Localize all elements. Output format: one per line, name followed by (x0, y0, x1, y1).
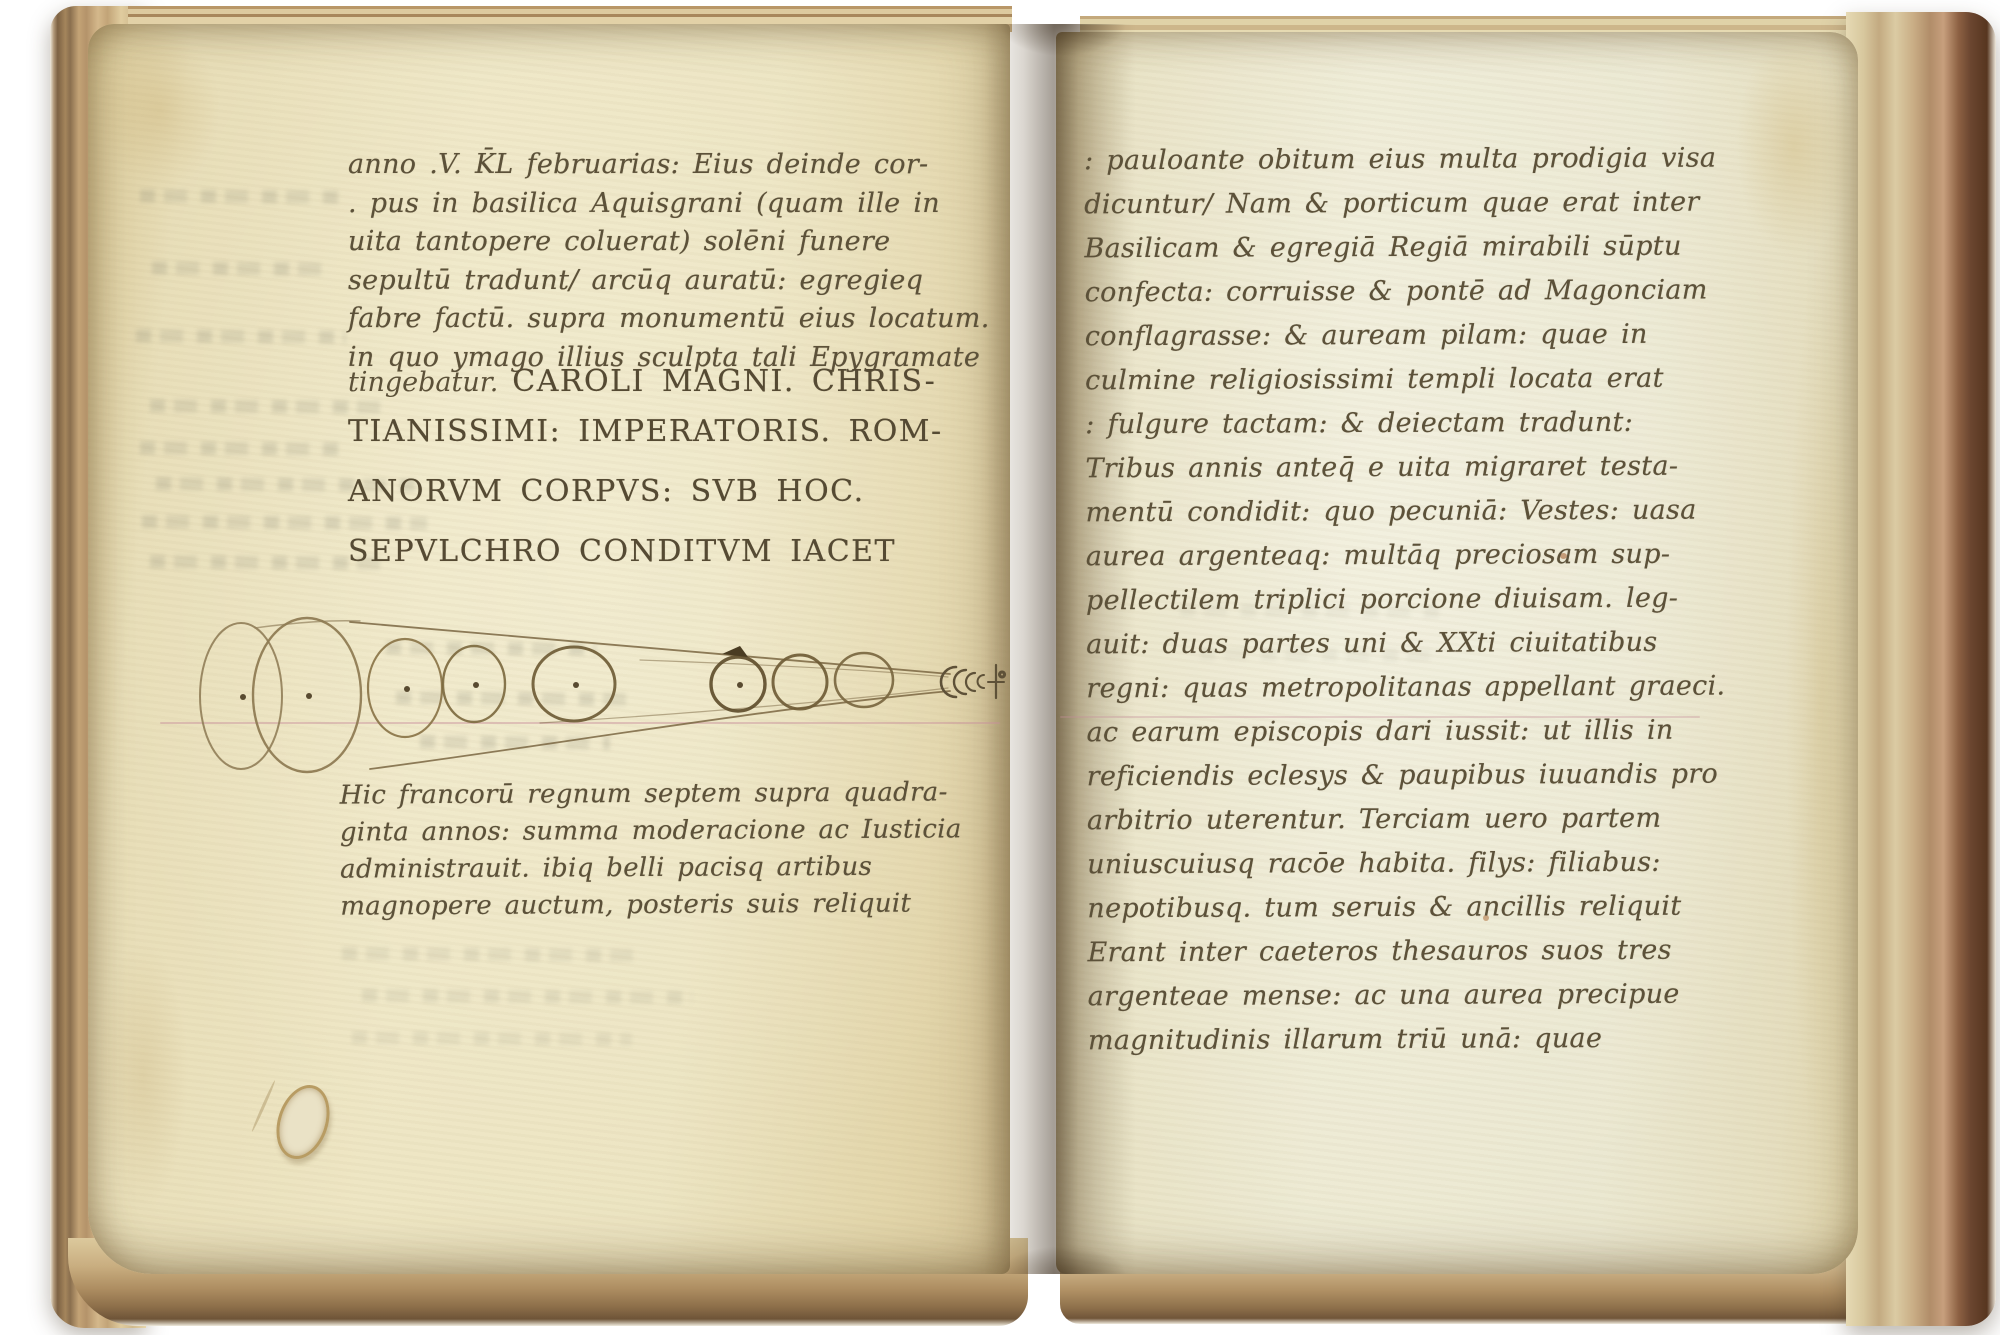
manuscript-line: ac earum episcopis dari iussit: ut illis… (1086, 709, 1672, 756)
left-page-upper-paragraph: anno .V. K̄L februarias: Eius deinde cor… (348, 146, 948, 377)
manuscript-line: magnitudinis illarum triū unā: quae (1088, 1017, 1674, 1064)
manuscript-line: tingebatur.CAROLI MAGNI. CHRIS- (348, 364, 936, 399)
right-leaf-edges-and-cover (1846, 12, 1996, 1326)
manuscript-line: mentū condidit: quo pecuniā: Vestes: uas… (1086, 489, 1672, 536)
bleed-through-text (136, 329, 346, 343)
cone-diagram-svg (140, 590, 1020, 800)
eye-marker (978, 675, 985, 688)
manuscript-line: uita tantopere coluerat) solēni funere (348, 223, 948, 262)
circle-center-dot (404, 686, 410, 692)
eye-marker (966, 673, 975, 691)
tangent-line (540, 688, 948, 723)
manuscript-line: argenteae mense: ac una aurea precipue (1088, 973, 1674, 1020)
manuscript-line: sepultū tradunt/ arcūq auratū: egregieq (348, 262, 948, 301)
manuscript-line: magnopere auctum, posteris suis reliquit (340, 885, 940, 925)
manuscript-line: : fulgure tactam: & deiectam tradunt: (1085, 401, 1671, 448)
tangent-line (350, 622, 950, 674)
manuscript-line: pellectilem triplici porcione diuisam. l… (1086, 577, 1672, 624)
cone-diagram (140, 590, 1020, 800)
circle-center-dot (737, 682, 743, 688)
manuscript-line: dicuntur/ Nam & porticum quae erat inter (1084, 181, 1670, 228)
manuscript-line: regni: quas metropolitanas appellant gra… (1086, 665, 1672, 712)
bleed-through-text (362, 989, 692, 1004)
eye-marker (1000, 672, 1005, 677)
circle-center-dot (240, 694, 246, 700)
manuscript-line: conflagrasse: & auream pilam: quae in (1085, 313, 1671, 360)
bleed-through-text (142, 515, 427, 530)
epitaph-caps-line: ANORVM CORPVS: SVB HOC. (348, 474, 865, 509)
manuscript-line: uniuscuiusq racōe habita. filys: filiabu… (1087, 841, 1673, 888)
bleed-through-text (342, 947, 642, 962)
manuscript-line: administrauit. ibiq belli pacisq artibus (340, 848, 940, 888)
bleed-through-text (140, 189, 340, 203)
manuscript-line: culmine religiosissimi templi locata era… (1085, 357, 1671, 404)
manuscript-line: aurea argenteaq: multāq preciosam sup- (1086, 533, 1672, 580)
circle-center-dot (306, 693, 312, 699)
bleed-through-text (140, 441, 345, 455)
eye-marker (954, 670, 966, 694)
manuscript-line: arbitrio uterentur. Terciam uero partem (1087, 797, 1673, 844)
circle-center-dot (473, 682, 479, 688)
diagram-circle (773, 655, 827, 709)
manuscript-line: nepotibusq. tum seruis & ancillis reliqu… (1087, 885, 1673, 932)
diagram-circle (835, 653, 893, 707)
manuscript-line: . pus in basilica Aquisgrani (quam ille … (348, 185, 948, 224)
manuscript-line: fabre factū. supra monumentū eius locatu… (348, 300, 948, 339)
tangent-line (255, 621, 360, 628)
manuscript-line: Hic francorū regnum septem supra quadra- (340, 774, 940, 814)
bleed-through-text (152, 261, 322, 275)
left-page-lower-paragraph: Hic francorū regnum septem supra quadra-… (340, 774, 941, 925)
epitaph-caps-line: CAROLI MAGNI. CHRIS- (512, 364, 936, 399)
manuscript-line: Basilicam & egregiā Regiā mirabili sūptu (1084, 225, 1670, 272)
manuscript-line: anno .V. K̄L februarias: Eius deinde cor… (348, 146, 948, 185)
manuscript-line: reficiendis eclesys & paupibus iuuandis … (1087, 753, 1673, 800)
tangent-line (370, 691, 950, 769)
tangent-line (640, 660, 948, 677)
manuscript-line: Erant inter caeteros thesauros suos tres (1087, 929, 1673, 976)
manuscript-line: : pauloante obitum eius multa prodigia v… (1084, 137, 1670, 184)
right-page-paragraph: : pauloante obitum eius multa prodigia v… (1084, 137, 1674, 1064)
circle-center-dot (573, 682, 579, 688)
manuscript-line: Tribus annis anteq̄ e uita migraret test… (1085, 445, 1671, 492)
epitaph-caps-line: SEPVLCHRO CONDITVM IACET (348, 534, 896, 569)
manuscript-line: confecta: corruisse & pontē ad Magonciam (1085, 269, 1671, 316)
bleed-through-text (150, 399, 380, 414)
epitaph-caps-line: TIANISSIMI: IMPERATORIS. ROM- (348, 414, 943, 449)
manuscript-line: ginta annos: summa moderacione ac Iustic… (340, 811, 940, 851)
manuscript-photo: anno .V. K̄L februarias: Eius deinde cor… (0, 0, 2000, 1335)
bleed-through-text (352, 1031, 632, 1046)
epitaph-intro: tingebatur. (348, 367, 498, 398)
manuscript-line: auit: duas partes uni & XXti ciuitatibus (1086, 621, 1672, 668)
